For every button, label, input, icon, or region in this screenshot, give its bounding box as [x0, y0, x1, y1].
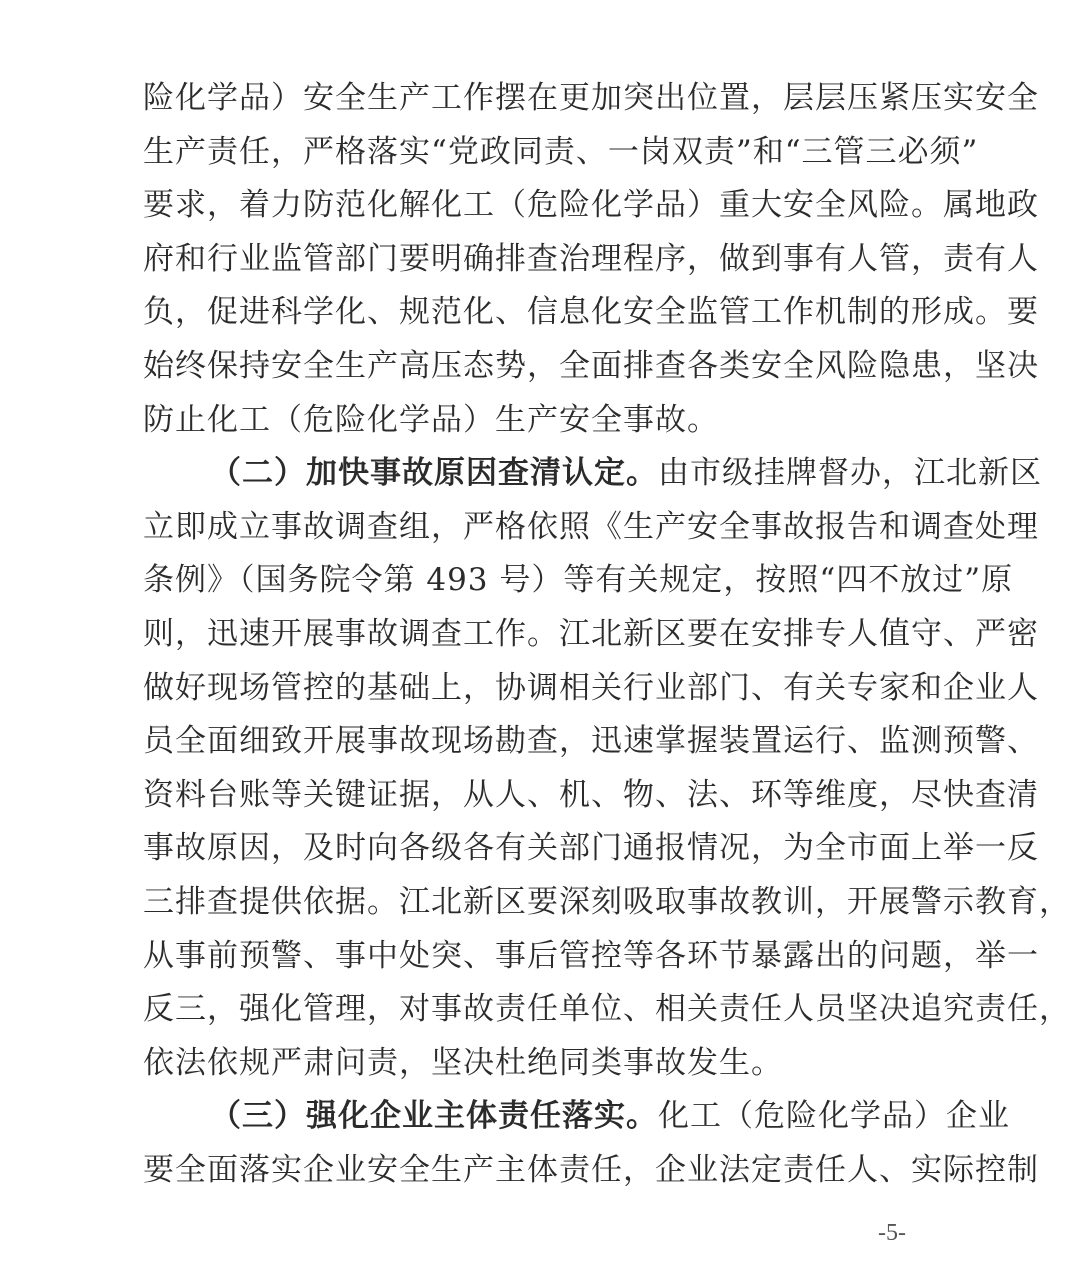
- text-line: 则，迅速开展事故调查工作。江北新区要在安排专人值守、严密: [143, 608, 943, 662]
- text-line: 依法依规严肃问责，坚决杜绝同类事故发生。: [143, 1037, 943, 1091]
- text-line: （二）加快事故原因查清认定。由市级挂牌督办，江北新区: [143, 447, 943, 501]
- text-line: 反三，强化管理，对事故责任单位、相关责任人员坚决追究责任，: [143, 983, 943, 1037]
- text-line: 做好现场管控的基础上，协调相关行业部门、有关专家和企业人: [143, 662, 943, 716]
- text-line: 负，促进科学化、规范化、信息化安全监管工作机制的形成。要: [143, 286, 943, 340]
- page-number: -5-: [878, 1220, 906, 1247]
- text-line: 三排查提供依据。江北新区要深刻吸取事故教训，开展警示教育，: [143, 876, 943, 930]
- document-page: 险化学品）安全生产工作摆在更加突出位置，层层压紧压实安全 生产责任，严格落实“党…: [143, 72, 943, 1197]
- text-line: 事故原因，及时向各级各有关部门通报情况，为全市面上举一反: [143, 822, 943, 876]
- paragraph-1: 险化学品）安全生产工作摆在更加突出位置，层层压紧压实安全 生产责任，严格落实“党…: [143, 72, 943, 447]
- text-line: 要全面落实企业安全生产主体责任，企业法定责任人、实际控制: [143, 1144, 943, 1198]
- text-line: 员全面细致开展事故现场勘查，迅速掌握装置运行、监测预警、: [143, 715, 943, 769]
- text-line: 防止化工（危险化学品）生产安全事故。: [143, 394, 943, 448]
- text-span: 化工（危险化学品）企业: [658, 1098, 1010, 1134]
- text-line: 生产责任，严格落实“党政同责、一岗双责”和“三管三必须”: [143, 126, 943, 180]
- text-line: 立即成立事故调查组，严格依照《生产安全事故报告和调查处理: [143, 501, 943, 555]
- text-line: （三）强化企业主体责任落实。化工（危险化学品）企业: [143, 1090, 943, 1144]
- section-heading-2: （二）加快事故原因查清认定。: [210, 455, 658, 491]
- text-line: 资料台账等关键证据，从人、机、物、法、环等维度，尽快查清: [143, 769, 943, 823]
- text-line: 条例》（国务院令第 493 号）等有关规定，按照“四不放过”原: [143, 554, 943, 608]
- text-line: 始终保持安全生产高压态势，全面排查各类安全风险隐患，坚决: [143, 340, 943, 394]
- text-line: 从事前预警、事中处突、事后管控等各环节暴露出的问题，举一: [143, 930, 943, 984]
- paragraph-2: （二）加快事故原因查清认定。由市级挂牌督办，江北新区 立即成立事故调查组，严格依…: [143, 447, 943, 1090]
- text-line: 险化学品）安全生产工作摆在更加突出位置，层层压紧压实安全: [143, 72, 943, 126]
- text-span: 由市级挂牌督办，江北新区: [658, 455, 1042, 491]
- text-line: 府和行业监管部门要明确排查治理程序，做到事有人管，责有人: [143, 233, 943, 287]
- text-line: 要求，着力防范化解化工（危险化学品）重大安全风险。属地政: [143, 179, 943, 233]
- paragraph-3: （三）强化企业主体责任落实。化工（危险化学品）企业 要全面落实企业安全生产主体责…: [143, 1090, 943, 1197]
- section-heading-3: （三）强化企业主体责任落实。: [210, 1098, 658, 1134]
